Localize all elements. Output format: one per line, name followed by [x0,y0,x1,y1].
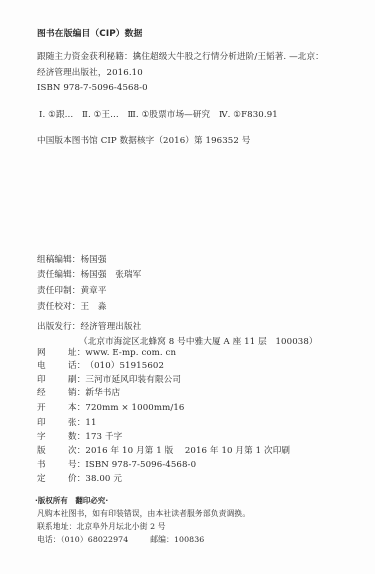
publisher-label: 出版发行： [37,322,80,332]
detail-sheets: 印张：11 [37,417,97,429]
cip-title-line: 跟随主力资金获利秘籍：擒住超级大牛股之行情分析进阶/王韬著. —北京： [37,51,324,63]
detail-price: 定价：38.00 元 [37,473,122,485]
detail-format: 开本：720mm × 1000mm/16 [37,402,184,414]
detail-printer: 印刷：三河市延风印装有限公司 [37,374,181,386]
staff-label: 责任印制： [37,286,80,296]
staff-value: 杨国强 张瑞军 [80,270,141,280]
footer-contact: 电话：（010）68022974邮编：100836 [37,534,204,546]
publisher-line: 出版发行：经济管理出版社 [37,321,141,333]
staff-responsible-editor: 责任编辑：杨国强 张瑞军 [37,269,141,281]
staff-acquisitions-editor: 组稿编辑：杨国强 [37,254,107,266]
cip-approval: 中国版本图书馆 CIP 数据核字（2016）第 196352 号 [37,135,250,147]
staff-value: 王 淼 [80,302,106,312]
footer-postcode: 邮编：100836 [150,535,204,544]
staff-label: 组稿编辑： [37,255,80,265]
staff-proofreader: 责任校对：王 淼 [37,301,107,313]
detail-word-count: 字数：173 千字 [37,431,122,443]
publisher-name: 经济管理出版社 [80,322,141,332]
footer-notice: 凡购本社图书，如有印装错误，由本社读者服务部负责调换。 [37,508,250,520]
staff-value: 黄章平 [80,286,106,296]
detail-phone: 电话：（010）51915602 [37,360,164,372]
footer-phone: 电话：（010）68022974 [37,535,128,544]
detail-isbn: 书号：ISBN 978-7-5096-4568-0 [37,459,196,471]
staff-label: 责任校对： [37,302,80,312]
staff-label: 责任编辑： [37,270,80,280]
cip-publisher-line: 经济管理出版社，2016.10 [37,67,143,79]
copyright-notice: ·版权所有 翻印必究· [35,495,108,507]
cip-heading: 图书在版编目（CIP）数据 [37,28,142,40]
footer-address: 联系地址：北京阜外月坛北小街 2 号 [37,521,166,533]
detail-edition: 版次：2016 年 10 月第 1 版 2016 年 10 月第 1 次印刷 [37,445,290,457]
staff-print-supervisor: 责任印制：黄章平 [37,285,107,297]
detail-distributor: 经销：新华书店 [37,387,120,399]
cip-isbn-line: ISBN 978-7-5096-4568-0 [37,82,148,94]
staff-value: 杨国强 [80,255,106,265]
detail-website: 网址：www. E-mp. com. cn [37,347,176,359]
cip-classification: Ⅰ. ①跟… Ⅱ. ①王… Ⅲ. ①股票市场—研究 Ⅳ. ①F830.91 [39,109,278,121]
